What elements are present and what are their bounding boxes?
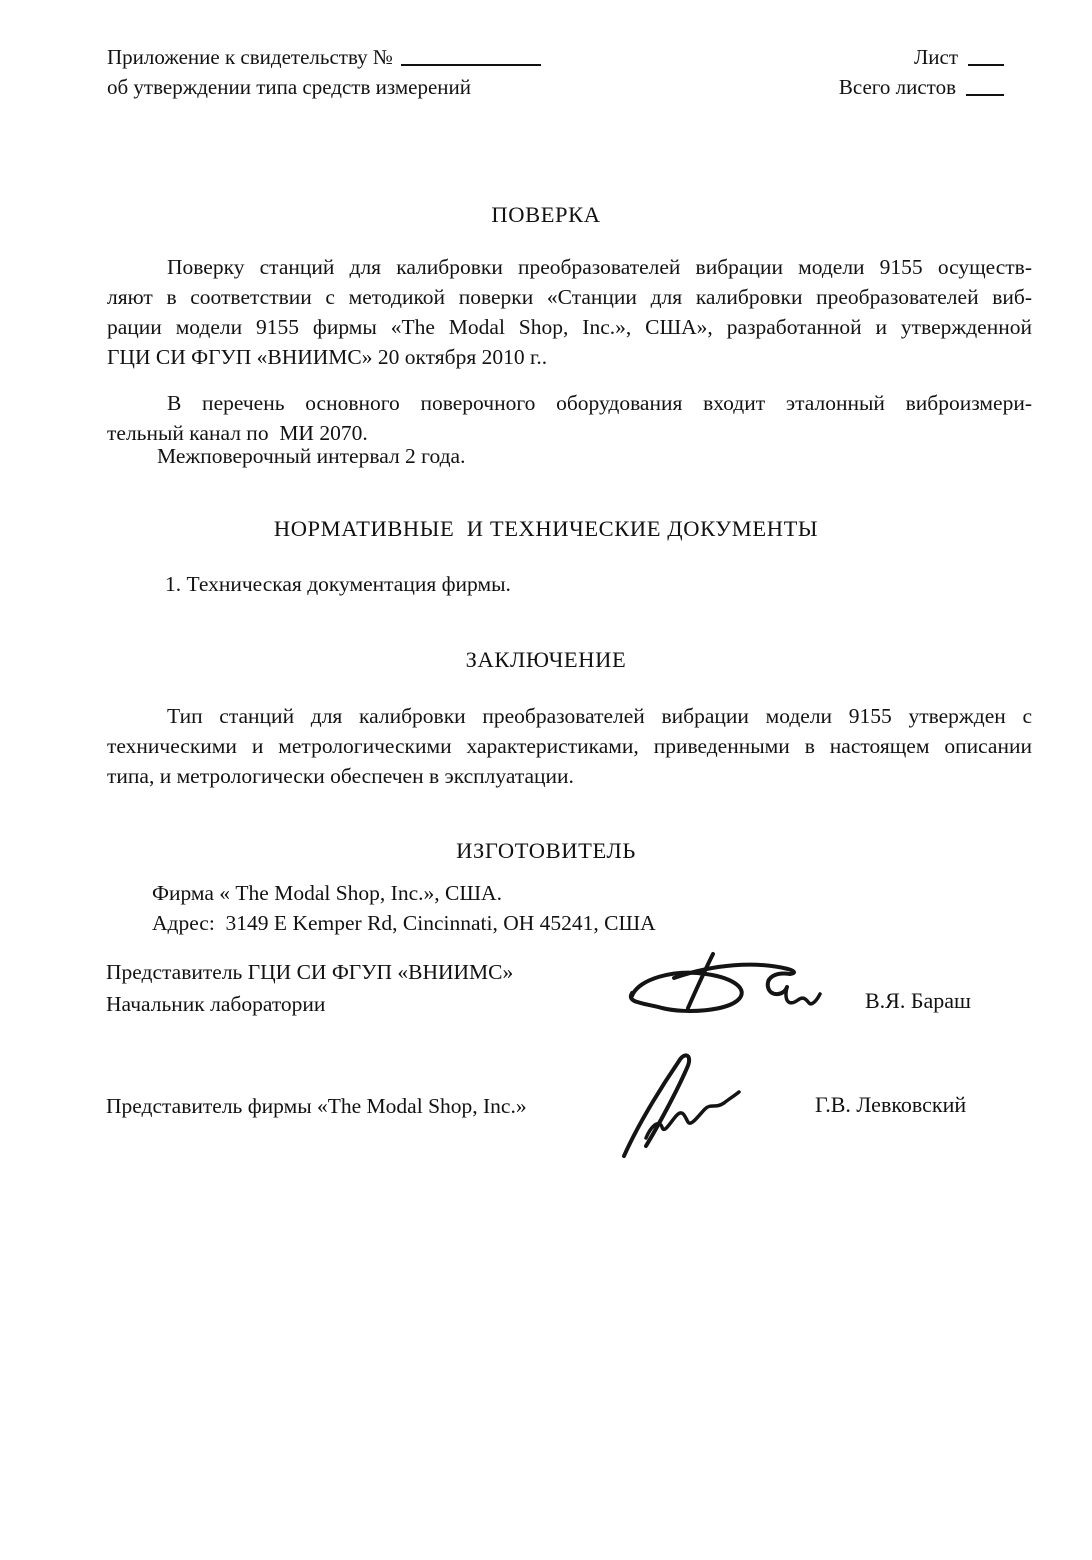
total-sheets-line: Всего листов [790, 72, 1004, 102]
representative-modal-shop-label: Представитель фирмы «The Modal Shop, Inc… [106, 1090, 527, 1122]
representative-vniims-label: Представитель ГЦИ СИ ФГУП «ВНИИМС» [106, 956, 513, 988]
levkovsky-signature [596, 1048, 756, 1163]
sheet-blank-line [968, 62, 1004, 66]
certificate-number-blank-line [401, 62, 541, 66]
text-line: В перечень основного поверочного оборудо… [107, 388, 1032, 418]
text-line: Тип станций для калибровки преобразовате… [107, 701, 1032, 731]
lab-head-label: Начальник лаборатории [106, 988, 513, 1020]
conclusion-section-title: ЗАКЛЮЧЕНИЕ [0, 645, 1092, 675]
total-sheets-label: Всего листов [839, 75, 956, 99]
signature-row-1-labels: Представитель ГЦИ СИ ФГУП «ВНИИМС» Начал… [106, 956, 513, 1020]
total-sheets-blank-line [966, 92, 1004, 96]
document-page: Приложение к свидетельству № об утвержде… [0, 0, 1092, 1560]
text-line: ГЦИ СИ ФГУП «ВНИИМС» 20 октября 2010 г.. [107, 342, 1032, 372]
verification-section-title: ПОВЕРКА [0, 200, 1092, 230]
sheet-label: Лист [914, 45, 958, 69]
header-left-line2: об утверждении типа средств измерений [107, 72, 541, 102]
manufacturer-firm-line: Фирма « The Modal Shop, Inc.», США. [152, 878, 656, 908]
text-line: ляют в соответствии с методикой поверки … [107, 282, 1032, 312]
certificate-number-label: Приложение к свидетельству № [107, 45, 393, 69]
verification-paragraph-1: Поверку станций для калибровки преобразо… [107, 252, 1032, 372]
levkovsky-name: Г.В. Левковский [815, 1090, 966, 1120]
header-left: Приложение к свидетельству № об утвержде… [107, 42, 541, 102]
sheet-line: Лист [790, 42, 1004, 72]
barash-signature [616, 944, 816, 1022]
barash-name: В.Я. Бараш [865, 986, 971, 1016]
manufacturer-address-line: Адрес: 3149 E Kemper Rd, Cincinnati, OH … [152, 908, 656, 938]
normative-docs-item-1: 1. Техническая документация фирмы. [107, 569, 1090, 599]
conclusion-paragraph: Тип станций для калибровки преобразовате… [107, 701, 1032, 791]
text-line: Поверку станций для калибровки преобразо… [107, 252, 1032, 282]
signature-row-2-labels: Представитель фирмы «The Modal Shop, Inc… [106, 1090, 527, 1122]
verification-interval-line: Межповерочный интервал 2 года. [107, 441, 1082, 471]
text-line: типа, и метрологически обеспечен в экспл… [107, 761, 1032, 791]
verification-paragraph-2: В перечень основного поверочного оборудо… [107, 388, 1032, 448]
text-line: техническими и метрологическими характер… [107, 731, 1032, 761]
text-line: рации модели 9155 фирмы «The Modal Shop,… [107, 312, 1032, 342]
manufacturer-section-title: ИЗГОТОВИТЕЛЬ [0, 836, 1092, 866]
manufacturer-details: Фирма « The Modal Shop, Inc.», США. Адре… [152, 878, 656, 938]
header-left-line1: Приложение к свидетельству № [107, 42, 541, 72]
header-right: Лист Всего листов [790, 42, 1004, 102]
normative-docs-section-title: НОРМАТИВНЫЕ И ТЕХНИЧЕСКИЕ ДОКУМЕНТЫ [0, 514, 1092, 544]
